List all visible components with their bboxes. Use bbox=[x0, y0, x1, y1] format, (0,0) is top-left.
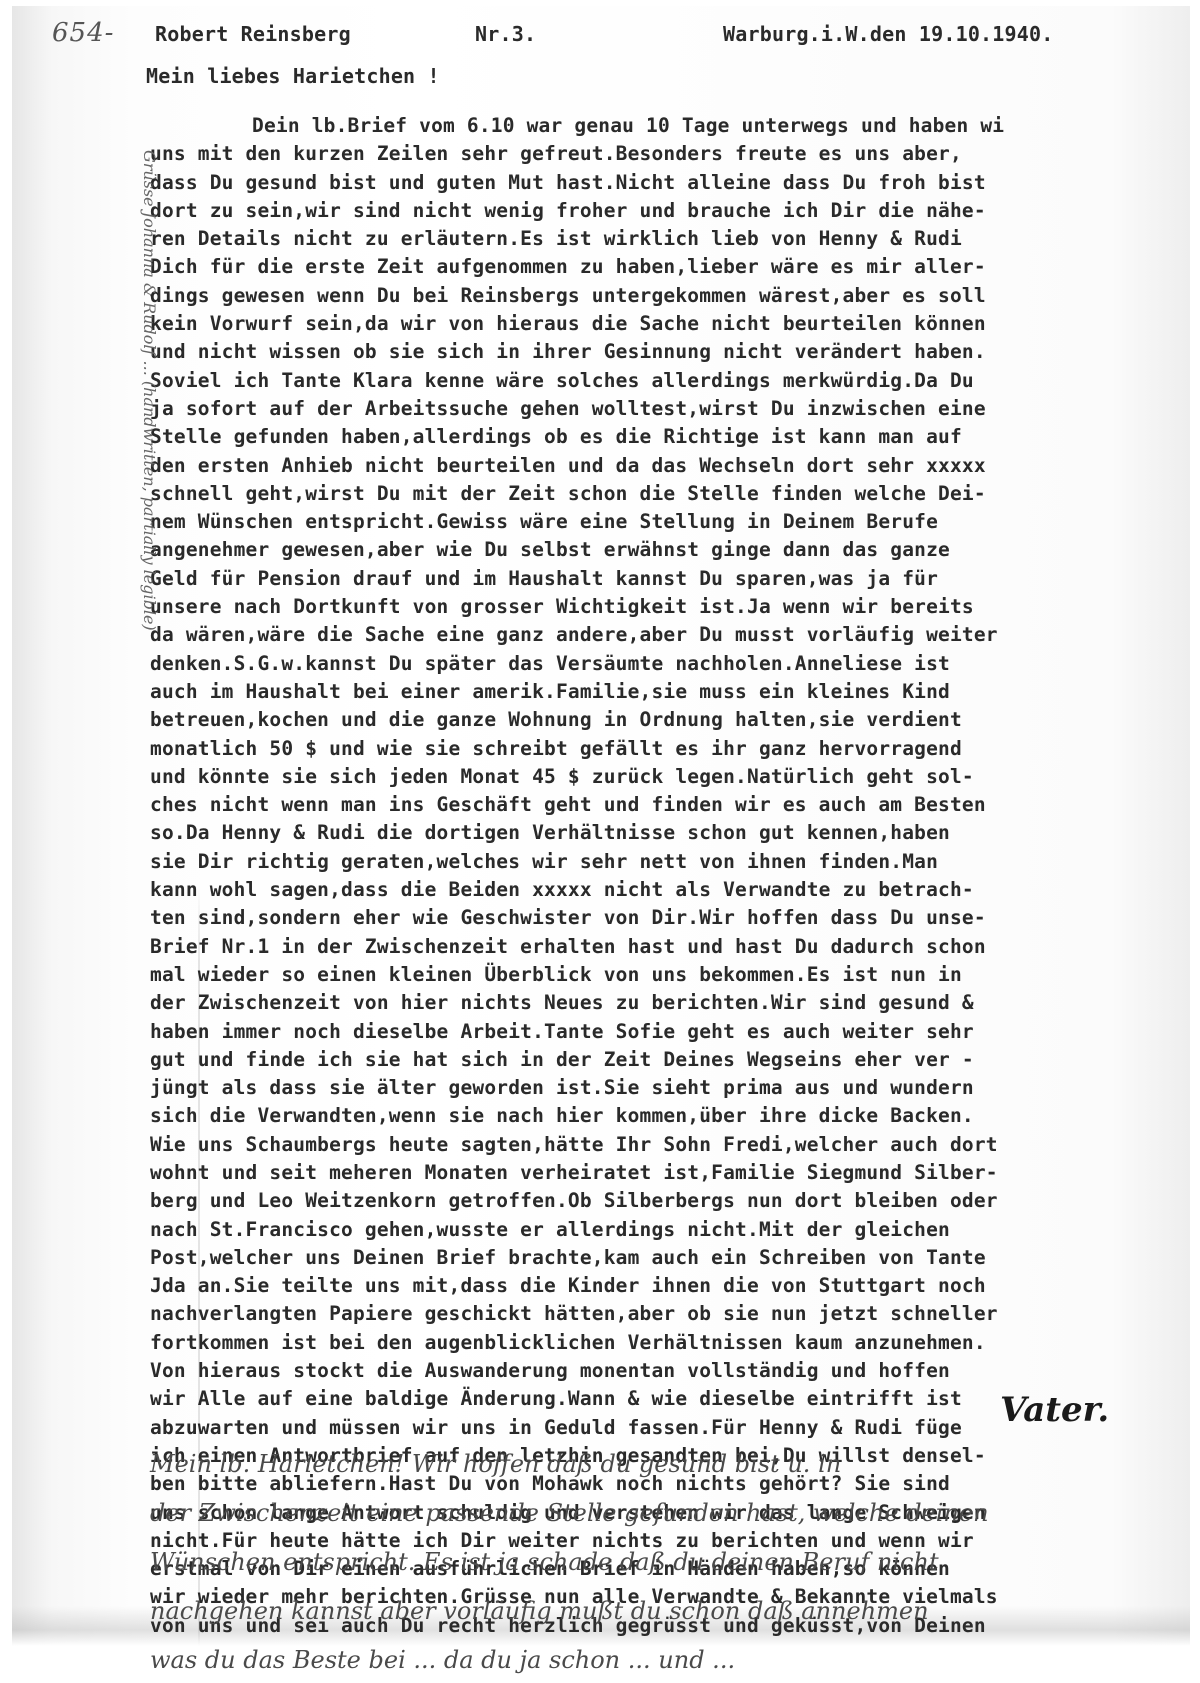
body-line: Von hieraus stockt die Auswanderung mone… bbox=[150, 1357, 1190, 1385]
body-line: gut und finde ich sie hat sich in der Ze… bbox=[150, 1046, 1190, 1074]
salutation: Mein liebes Harietchen ! bbox=[146, 64, 440, 88]
body-line: sich die Verwandten,wenn sie nach hier k… bbox=[150, 1102, 1190, 1130]
body-line: dings gewesen wenn Du bei Reinsbergs unt… bbox=[150, 282, 1190, 310]
postscript-line: der Zwischenzeit eine passende Stelle ge… bbox=[150, 1489, 1190, 1538]
body-line: so.Da Henny & Rudi die dortigen Verhältn… bbox=[150, 819, 1190, 847]
body-line: denken.S.G.w.kannst Du später das Versäu… bbox=[150, 650, 1190, 678]
body-line: unsere nach Dortkunft von grosser Wichti… bbox=[150, 593, 1190, 621]
handwritten-postscript: Mein lb. Harietchen! Wir hoffen daß du g… bbox=[150, 1440, 1190, 1683]
body-line: nem Wünschen entspricht.Gewiss wäre eine… bbox=[150, 508, 1190, 536]
body-line: nach St.Francisco gehen,wusste er allerd… bbox=[150, 1216, 1190, 1244]
place-and-date: Warburg.i.W.den 19.10.1940. bbox=[723, 22, 1054, 46]
body-line: auch im Haushalt bei einer amerik.Famili… bbox=[150, 678, 1190, 706]
body-line: nachverlangten Papiere geschickt hätten,… bbox=[150, 1300, 1190, 1328]
letter-number: Nr.3. bbox=[475, 22, 536, 46]
body-line: Dich für die erste Zeit aufgenommen zu h… bbox=[150, 253, 1190, 281]
body-line: jüngt als dass sie älter geworden ist.Si… bbox=[150, 1074, 1190, 1102]
body-line: Soviel ich Tante Klara kenne wäre solche… bbox=[150, 367, 1190, 395]
body-line: uns mit den kurzen Zeilen sehr gefreut.B… bbox=[150, 140, 1190, 168]
body-line: sie Dir richtig geraten,welches wir sehr… bbox=[150, 848, 1190, 876]
body-line: ten sind,sondern eher wie Geschwister vo… bbox=[150, 904, 1190, 932]
body-line: ches nicht wenn man ins Geschäft geht un… bbox=[150, 791, 1190, 819]
body-line: fortkommen ist bei den augenblicklichen … bbox=[150, 1329, 1190, 1357]
signature: Vater. bbox=[1000, 1390, 1109, 1430]
body-line: Brief Nr.1 in der Zwischenzeit erhalten … bbox=[150, 933, 1190, 961]
body-line: und nicht wissen ob sie sich in ihrer Ge… bbox=[150, 338, 1190, 366]
body-line: den ersten Anhieb nicht beurteilen und d… bbox=[150, 452, 1190, 480]
body-line: kein Vorwurf sein,da wir von hieraus die… bbox=[150, 310, 1190, 338]
body-line: Dein lb.Brief vom 6.10 war genau 10 Tage… bbox=[150, 112, 1190, 140]
body-line: Geld für Pension drauf und im Haushalt k… bbox=[150, 565, 1190, 593]
body-line: der Zwischenzeit von hier nichts Neues z… bbox=[150, 989, 1190, 1017]
body-line: und könnte sie sich jeden Monat 45 $ zur… bbox=[150, 763, 1190, 791]
body-line: angenehmer gewesen,aber wie Du selbst er… bbox=[150, 536, 1190, 564]
margin-note: Grüsse Johanna & Rudolf ... (handwritten… bbox=[90, 150, 160, 590]
body-line: dass Du gesund bist und guten Mut hast.N… bbox=[150, 169, 1190, 197]
body-line: Post,welcher uns Deinen Brief brachte,ka… bbox=[150, 1244, 1190, 1272]
body-line: Stelle gefunden haben,allerdings ob es d… bbox=[150, 423, 1190, 451]
body-line: dort zu sein,wir sind nicht wenig froher… bbox=[150, 197, 1190, 225]
postscript-line: was du das Beste bei ... da du ja schon … bbox=[150, 1636, 1190, 1683]
body-line: schnell geht,wirst Du mit der Zeit schon… bbox=[150, 480, 1190, 508]
sender-name: Robert Reinsberg bbox=[155, 22, 351, 46]
letter-header: Robert Reinsberg Nr.3. Warburg.i.W.den 1… bbox=[155, 22, 1115, 52]
body-line: ren Details nicht zu erläutern.Es ist wi… bbox=[150, 225, 1190, 253]
postscript-line: Mein lb. Harietchen! Wir hoffen daß du g… bbox=[150, 1440, 1190, 1489]
body-line: berg und Leo Weitzenkorn getroffen.Ob Si… bbox=[150, 1187, 1190, 1215]
body-line: da wären,wäre die Sache eine ganz andere… bbox=[150, 621, 1190, 649]
body-line: Jda an.Sie teilte uns mit,dass die Kinde… bbox=[150, 1272, 1190, 1300]
body-line: Wie uns Schaumbergs heute sagten,hätte I… bbox=[150, 1131, 1190, 1159]
postscript-line: Wünschen entspricht. Es ist ja schade da… bbox=[150, 1538, 1190, 1587]
body-line: betreuen,kochen und die ganze Wohnung in… bbox=[150, 706, 1190, 734]
body-line: haben immer noch dieselbe Arbeit.Tante S… bbox=[150, 1018, 1190, 1046]
body-line: kann wohl sagen,dass die Beiden xxxxx ni… bbox=[150, 876, 1190, 904]
body-line: monatlich 50 $ und wie sie schreibt gefä… bbox=[150, 735, 1190, 763]
postscript-line: nachgehen kannst aber vorläufig mußt du … bbox=[150, 1587, 1190, 1636]
body-line: wohnt und seit meheren Monaten verheirat… bbox=[150, 1159, 1190, 1187]
body-line: ja sofort auf der Arbeitssuche gehen wol… bbox=[150, 395, 1190, 423]
body-line: mal wieder so einen kleinen Überblick vo… bbox=[150, 961, 1190, 989]
archive-number: 654- bbox=[52, 18, 114, 48]
